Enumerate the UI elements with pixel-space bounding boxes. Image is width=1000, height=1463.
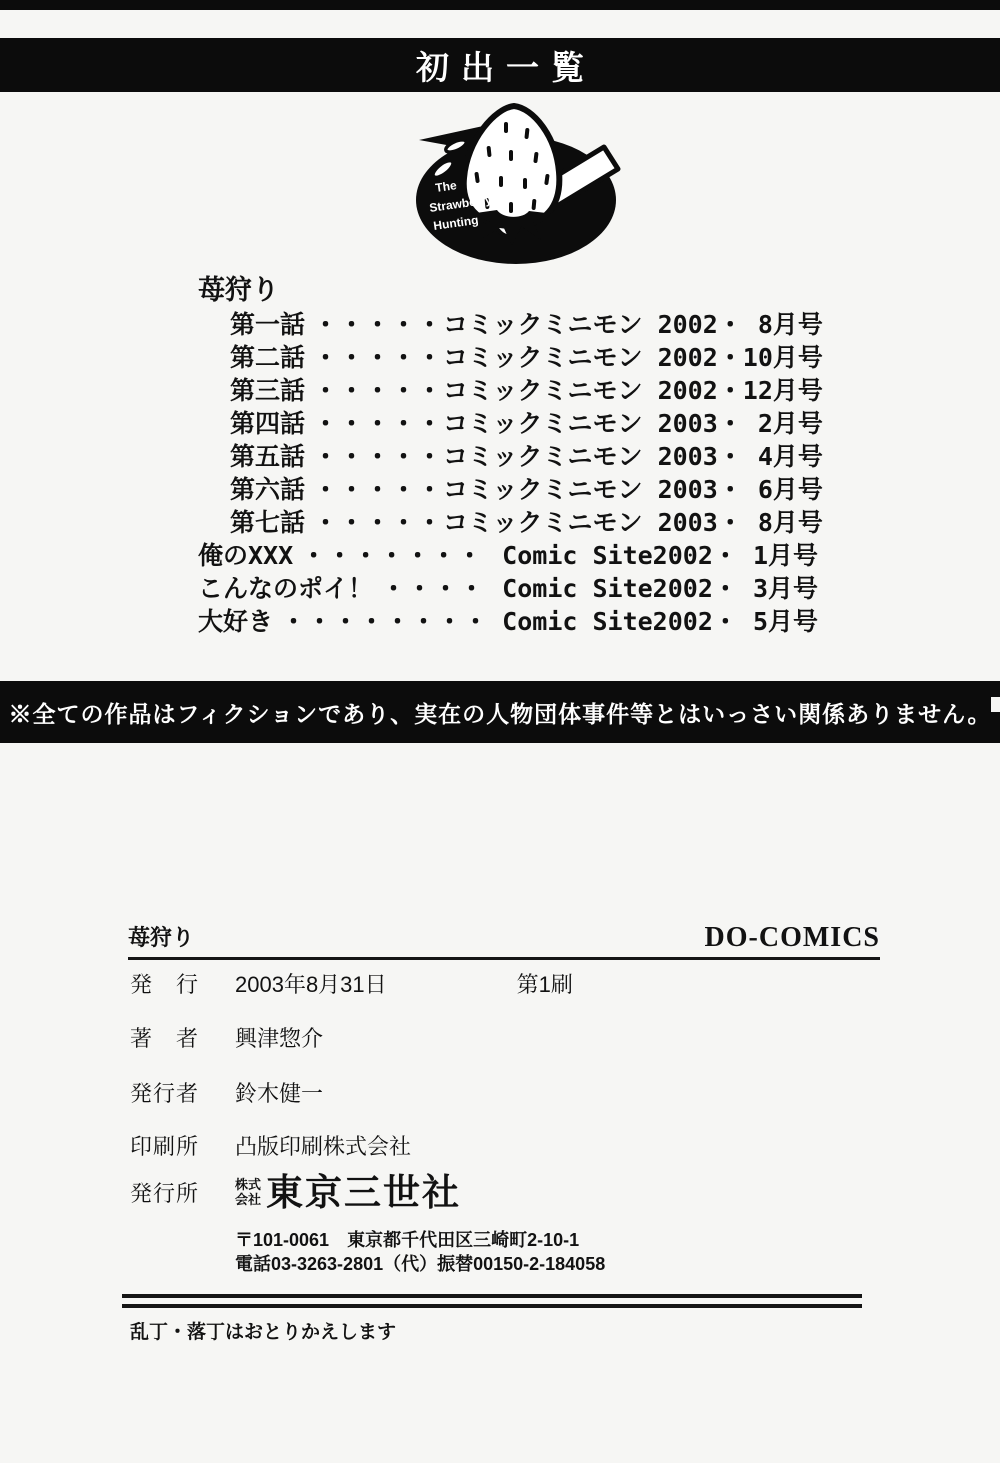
publication-row: 第三話 ・・・・・ コミックミニモン 2002・12月号	[198, 371, 818, 404]
publication-source: コミックミニモン 2003・ 2月号	[443, 404, 823, 440]
publication-row: 第六話 ・・・・・ コミックミニモン 2003・ 6月号	[198, 470, 818, 503]
colophon-series-title: 苺狩り	[128, 921, 194, 952]
dot-leader: ・・・・・・・	[301, 536, 483, 572]
issuer-name: 鈴木健一	[235, 1077, 323, 1108]
dot-leader: ・・・・・	[313, 437, 443, 473]
colophon-row: 発行者 鈴木健一	[130, 1077, 323, 1108]
double-rule-divider	[122, 1294, 862, 1308]
publication-row: 第一話 ・・・・・ コミックミニモン 2002・ 8月号	[198, 305, 818, 338]
publication-source: コミックミニモン 2003・ 6月号	[443, 470, 823, 506]
publication-source: コミックミニモン 2003・ 8月号	[443, 503, 823, 539]
publication-source: コミックミニモン 2002・10月号	[443, 338, 823, 374]
chapter-title: 第二話	[230, 338, 305, 374]
dot-leader: ・・・・・	[313, 371, 443, 407]
publication-row: 大好き ・・・・・・・・ Comic Site2002・ 5月号	[198, 602, 818, 635]
issue-date: 2003年8月31日	[235, 968, 387, 999]
publication-source: コミックミニモン 2002・12月号	[443, 371, 823, 407]
row-label: 発行者	[130, 1077, 235, 1108]
header-banner: 初出一覧	[0, 38, 1000, 92]
publisher-address: 〒101-0061 東京都千代田区三崎町2-10-1	[235, 1226, 579, 1252]
printer-name: 凸版印刷株式会社	[235, 1130, 411, 1161]
story-title: こんなのポイ！	[198, 569, 373, 605]
row-label: 発 行	[130, 968, 235, 999]
colophon-header: 苺狩り DO-COMICS	[128, 920, 880, 960]
dot-leader: ・・・・	[381, 569, 485, 605]
publication-source: Comic Site2002・ 5月号	[502, 602, 818, 638]
returns-note: 乱丁・落丁はおとりかえします	[130, 1317, 396, 1344]
dot-leader: ・・・・・	[313, 305, 443, 341]
chapter-title: 第五話	[230, 437, 305, 473]
publication-row: こんなのポイ！ ・・・・ Comic Site2002・ 3月号	[198, 569, 818, 602]
colophon-row: 著 者 興津惣介	[130, 1022, 323, 1053]
dot-leader: ・・・・・・・・	[281, 602, 489, 638]
publisher-name: 東京三世社	[266, 1174, 461, 1211]
imprint-label: DO-COMICS	[705, 924, 880, 952]
printing-number: 第1刷	[517, 968, 573, 999]
company-type-stack: 株式 会社	[235, 1178, 261, 1208]
logo-graphic: The Strawberry Hunting	[403, 96, 625, 268]
colophon-row: 発 行 2003年8月31日 第1刷	[130, 968, 573, 999]
dot-leader: ・・・・・	[313, 404, 443, 440]
row-label: 発行所	[130, 1177, 235, 1208]
publication-row: 第二話 ・・・・・ コミックミニモン 2002・10月号	[198, 338, 818, 371]
chapter-title: 第七話	[230, 503, 305, 539]
publication-source: コミックミニモン 2002・ 8月号	[443, 305, 823, 341]
publication-row: 第四話 ・・・・・ コミックミニモン 2003・ 2月号	[198, 404, 818, 437]
page-title: 初出一覧	[404, 42, 596, 89]
logo-text-line1: The	[434, 178, 457, 195]
publisher-phone: 電話03-3263-2801（代）振替00150-2-184058	[235, 1250, 605, 1276]
series-title: 苺狩り	[198, 268, 818, 305]
publication-row: 第五話 ・・・・・ コミックミニモン 2003・ 4月号	[198, 437, 818, 470]
dot-leader: ・・・・・	[313, 470, 443, 506]
publication-source: Comic Site2002・ 3月号	[502, 569, 818, 605]
publication-source: コミックミニモン 2003・ 4月号	[443, 437, 823, 473]
colophon: 苺狩り DO-COMICS 発 行 2003年8月31日 第1刷 著 者 興津惣…	[128, 920, 880, 1360]
story-title: 大好き	[198, 602, 273, 638]
strawberry-hunting-logo: The Strawberry Hunting	[403, 96, 625, 268]
chapter-title: 第三話	[230, 371, 305, 407]
row-label: 印刷所	[130, 1130, 235, 1161]
top-edge-strip	[0, 0, 1000, 10]
chapter-title: 第一話	[230, 305, 305, 341]
author-name: 興津惣介	[235, 1022, 323, 1053]
publication-row: 俺のXXX ・・・・・・・ Comic Site2002・ 1月号	[198, 536, 818, 569]
dot-leader: ・・・・・	[313, 338, 443, 374]
disclaimer-text: ※全ての作品はフィクションであり、実在の人物団体事件等とはいっさい関係ありません…	[8, 696, 991, 729]
page-edge-notch	[991, 697, 1000, 712]
disclaimer-bar: ※全ての作品はフィクションであり、実在の人物団体事件等とはいっさい関係ありません…	[0, 681, 1000, 743]
chapter-title: 第六話	[230, 470, 305, 506]
colophon-row: 印刷所 凸版印刷株式会社	[130, 1130, 411, 1161]
publication-source: Comic Site2002・ 1月号	[502, 536, 818, 572]
company-type-top: 株式	[235, 1178, 261, 1193]
chapter-title: 第四話	[230, 404, 305, 440]
row-label: 著 者	[130, 1022, 235, 1053]
publication-list: 苺狩り 第一話 ・・・・・ コミックミニモン 2002・ 8月号 第二話 ・・・…	[198, 268, 818, 635]
story-title: 俺のXXX	[198, 536, 293, 572]
publication-row: 第七話 ・・・・・ コミックミニモン 2003・ 8月号	[198, 503, 818, 536]
company-type-bottom: 会社	[235, 1193, 261, 1208]
colophon-publisher-row: 発行所 株式 会社 東京三世社	[130, 1174, 461, 1211]
dot-leader: ・・・・・	[313, 503, 443, 539]
